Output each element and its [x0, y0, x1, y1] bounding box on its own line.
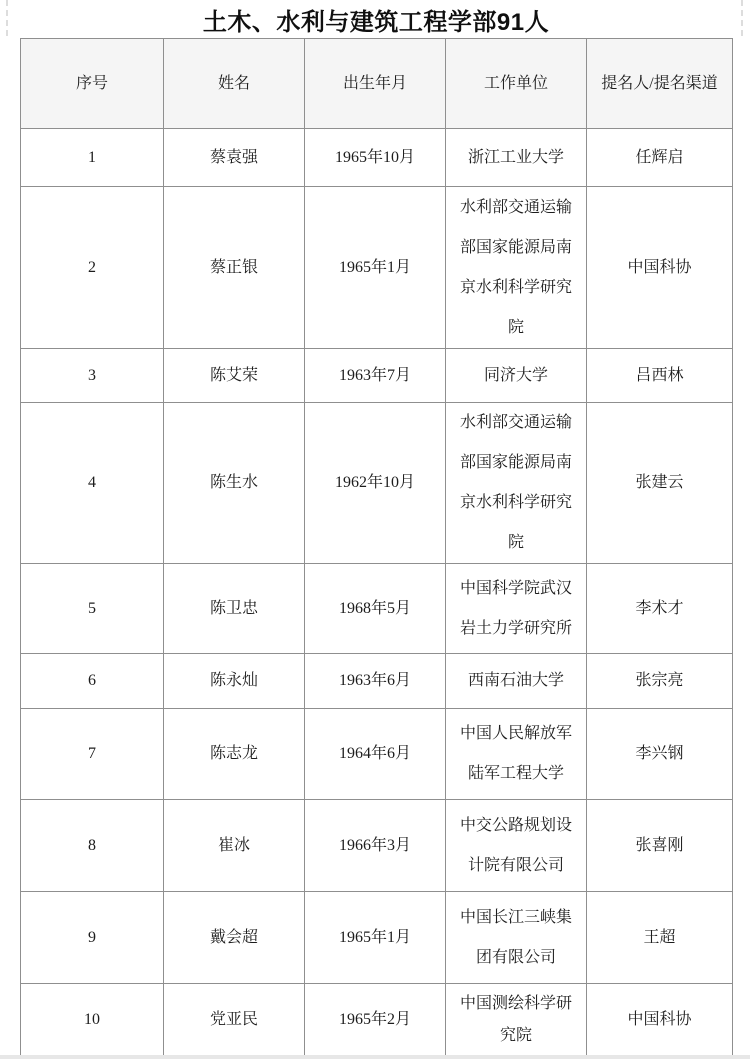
cell-name: 蔡袁强: [164, 129, 305, 187]
cell-name: 陈永灿: [164, 654, 305, 709]
cell-work-unit: 同济大学: [446, 349, 587, 403]
cell-name: 陈生水: [164, 403, 305, 564]
cell-name: 陈志龙: [164, 709, 305, 800]
cell-work-unit: 中交公路规划设计院有限公司: [446, 800, 587, 892]
col-header-name: 姓名: [164, 39, 305, 129]
cell-work-unit: 水利部交通运输部国家能源局南京水利科学研究院: [446, 403, 587, 564]
col-header-nominator: 提名人/提名渠道: [587, 39, 733, 129]
table-row: 6陈永灿1963年6月西南石油大学张宗亮: [21, 654, 733, 709]
page-margin-guide-right: [741, 0, 743, 36]
table-row: 3陈艾荣1963年7月同济大学吕西林: [21, 349, 733, 403]
cell-name: 戴会超: [164, 892, 305, 984]
cell-nominator: 王超: [587, 892, 733, 984]
cell-name: 陈艾荣: [164, 349, 305, 403]
cell-birth: 1965年1月: [305, 187, 446, 349]
cell-no: 9: [21, 892, 164, 984]
header-row: 序号 姓名 出生年月 工作单位 提名人/提名渠道: [21, 39, 733, 129]
cell-no: 3: [21, 349, 164, 403]
col-header-birth: 出生年月: [305, 39, 446, 129]
col-header-work-unit: 工作单位: [446, 39, 587, 129]
cell-nominator: 张喜刚: [587, 800, 733, 892]
page-root: 土木、水利与建筑工程学部91人 序号 姓名 出生年月 工作单位 提名人/提名渠道…: [0, 0, 750, 1059]
cell-nominator: 中国科协: [587, 984, 733, 1056]
table-row: 1蔡袁强1965年10月浙江工业大学任辉启: [21, 129, 733, 187]
cell-name: 党亚民: [164, 984, 305, 1056]
cell-no: 5: [21, 564, 164, 654]
cell-work-unit: 中国人民解放军陆军工程大学: [446, 709, 587, 800]
cell-work-unit: 中国长江三峡集团有限公司: [446, 892, 587, 984]
cell-nominator: 张宗亮: [587, 654, 733, 709]
table-row: 9戴会超1965年1月中国长江三峡集团有限公司王超: [21, 892, 733, 984]
table-row: 7陈志龙1964年6月中国人民解放军陆军工程大学李兴钢: [21, 709, 733, 800]
cell-birth: 1968年5月: [305, 564, 446, 654]
table-row: 2蔡正银1965年1月水利部交通运输部国家能源局南京水利科学研究院中国科协: [21, 187, 733, 349]
cell-no: 1: [21, 129, 164, 187]
cell-nominator: 张建云: [587, 403, 733, 564]
table-row: 4陈生水1962年10月水利部交通运输部国家能源局南京水利科学研究院张建云: [21, 403, 733, 564]
cell-no: 6: [21, 654, 164, 709]
cell-nominator: 李兴钢: [587, 709, 733, 800]
cell-birth: 1964年6月: [305, 709, 446, 800]
cell-birth: 1965年10月: [305, 129, 446, 187]
cell-birth: 1963年6月: [305, 654, 446, 709]
cell-nominator: 任辉启: [587, 129, 733, 187]
cell-work-unit: 水利部交通运输部国家能源局南京水利科学研究院: [446, 187, 587, 349]
cell-birth: 1966年3月: [305, 800, 446, 892]
cell-no: 10: [21, 984, 164, 1056]
page-title: 土木、水利与建筑工程学部91人: [20, 0, 732, 38]
cell-birth: 1963年7月: [305, 349, 446, 403]
cell-birth: 1965年2月: [305, 984, 446, 1056]
cell-birth: 1962年10月: [305, 403, 446, 564]
nominee-table: 序号 姓名 出生年月 工作单位 提名人/提名渠道 1蔡袁强1965年10月浙江工…: [20, 38, 733, 1056]
cell-name: 崔冰: [164, 800, 305, 892]
cell-name: 陈卫忠: [164, 564, 305, 654]
cell-no: 7: [21, 709, 164, 800]
cell-no: 8: [21, 800, 164, 892]
cell-work-unit: 中国测绘科学研究院: [446, 984, 587, 1056]
cell-work-unit: 中国科学院武汉岩土力学研究所: [446, 564, 587, 654]
page-margin-guide-left: [6, 0, 8, 36]
col-header-no: 序号: [21, 39, 164, 129]
cell-no: 4: [21, 403, 164, 564]
table-row: 8崔冰1966年3月中交公路规划设计院有限公司张喜刚: [21, 800, 733, 892]
cell-name: 蔡正银: [164, 187, 305, 349]
cell-birth: 1965年1月: [305, 892, 446, 984]
cell-no: 2: [21, 187, 164, 349]
cell-work-unit: 浙江工业大学: [446, 129, 587, 187]
table-row: 10党亚民1965年2月中国测绘科学研究院中国科协: [21, 984, 733, 1056]
table-body: 1蔡袁强1965年10月浙江工业大学任辉启2蔡正银1965年1月水利部交通运输部…: [21, 129, 733, 1056]
cell-nominator: 李术才: [587, 564, 733, 654]
cell-nominator: 中国科协: [587, 187, 733, 349]
cell-nominator: 吕西林: [587, 349, 733, 403]
cell-work-unit: 西南石油大学: [446, 654, 587, 709]
table-row: 5陈卫忠1968年5月中国科学院武汉岩土力学研究所李术才: [21, 564, 733, 654]
page-bottom-edge: [0, 1055, 750, 1059]
